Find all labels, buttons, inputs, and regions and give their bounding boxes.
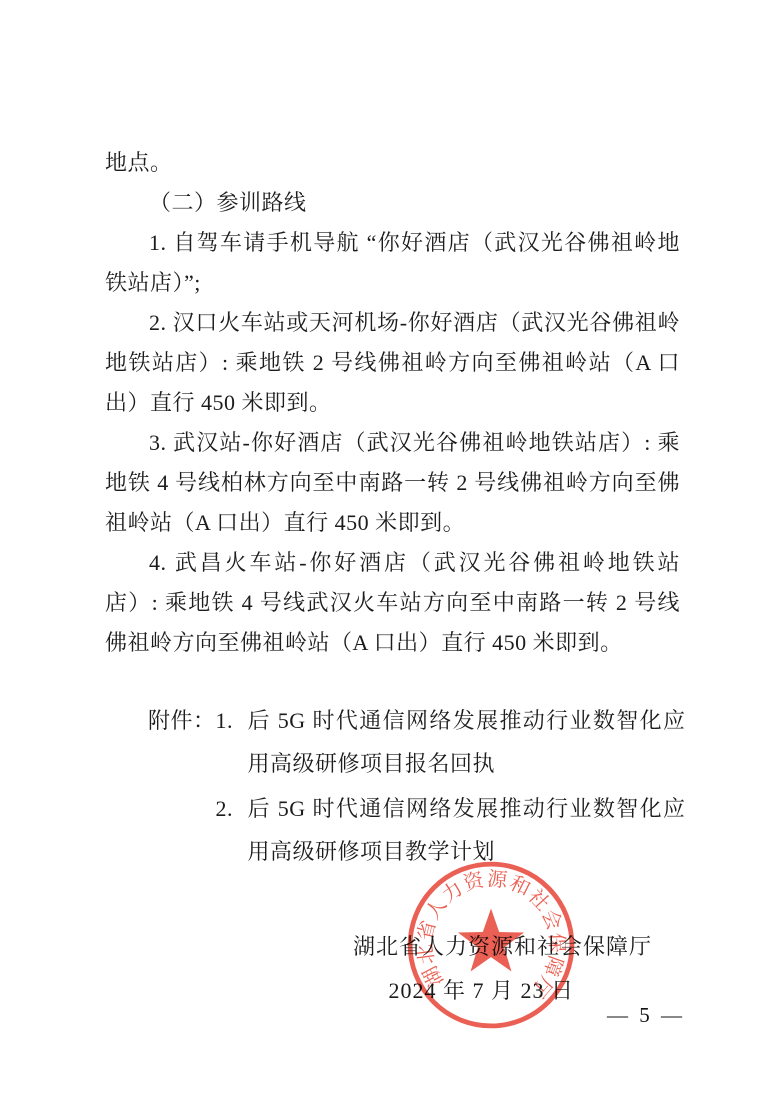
body-paragraph: 地点。 [105,143,680,183]
attachment-title: 后 5G 时代通信网络发展推动行业数智化应用高级研修项目教学计划 [248,787,686,873]
attachment-item: 1. 后 5G 时代通信网络发展推动行业数智化应用高级研修项目报名回执 [216,699,686,785]
body-paragraph: 2. 汉口火车站或天河机场-你好酒店（武汉光谷佛祖岭地铁站店）: 乘地铁 2 号… [105,303,680,423]
attachment-item: 2. 后 5G 时代通信网络发展推动行业数智化应用高级研修项目教学计划 [216,787,686,873]
attachments-label: 附件： [148,699,216,875]
body-paragraph: 3. 武汉站-你好酒店（武汉光谷佛祖岭地铁站店）: 乘地铁 4 号线柏林方向至中… [105,423,680,543]
attachments-block: 附件： 1. 后 5G 时代通信网络发展推动行业数智化应用高级研修项目报名回执 … [148,699,680,875]
document-page: 地点。 （二）参训路线 1. 自驾车请手机导航 “你好酒店（武汉光谷佛祖岭地铁站… [0,0,782,1113]
attachment-number: 1. [216,699,248,785]
attachment-number: 2. [216,787,248,873]
attachments-list: 1. 后 5G 时代通信网络发展推动行业数智化应用高级研修项目报名回执 2. 后… [216,699,686,875]
body-paragraph: 1. 自驾车请手机导航 “你好酒店（武汉光谷佛祖岭地铁站店）”; [105,223,680,303]
attachment-title: 后 5G 时代通信网络发展推动行业数智化应用高级研修项目报名回执 [248,699,686,785]
body-paragraph: 4. 武昌火车站-你好酒店（武汉光谷佛祖岭地铁站店）: 乘地铁 4 号线武汉火车… [105,543,680,663]
signature-organization: 湖北省人力资源和社会保障厅 [105,925,680,969]
body-paragraph-section-heading: （二）参训路线 [105,183,680,223]
document-content: 地点。 （二）参训路线 1. 自驾车请手机导航 “你好酒店（武汉光谷佛祖岭地铁站… [105,143,680,1013]
signature-date: 2024 年 7 月 23 日 [105,969,680,1013]
page-number: — 5 — [607,1003,685,1028]
